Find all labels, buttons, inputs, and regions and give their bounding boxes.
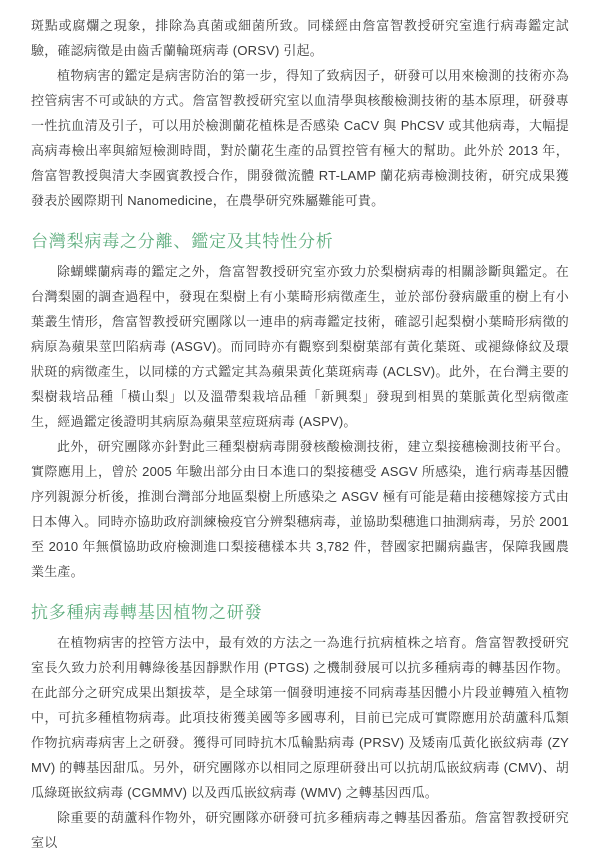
section-heading-pear-virus-analysis: 台灣梨病毒之分離、鑑定及其特性分析 <box>31 230 569 254</box>
document-page: 斑點或腐爛之現象，排除為真菌或細菌所致。同樣經由詹富智教授研究室進行病毒鑑定試驗… <box>0 0 600 848</box>
paragraph-transgenic-tomato-truncated: 除重要的葫蘆科作物外，研究團隊亦研發可抗多種病毒之轉基因番茄。詹富智教授研究室以 <box>31 805 569 848</box>
paragraph-virus-detection-technology: 植物病害的鑑定是病害防治的第一步，得知了致病因子，研發可以用來檢測的技術亦為控管… <box>31 63 569 213</box>
paragraph-orchid-virus-continuation: 斑點或腐爛之現象，排除為真菌或細菌所致。同樣經由詹富智教授研究室進行病毒鑑定試驗… <box>31 13 569 63</box>
paragraph-pear-virus-identification: 除蝴蝶蘭病毒的鑑定之外，詹富智教授研究室亦致力於梨樹病毒的相關診斷與鑑定。在台灣… <box>31 259 569 434</box>
paragraph-pear-scion-testing-platform: 此外，研究團隊亦針對此三種梨樹病毒開發核酸檢測技術，建立梨接穗檢測技術平台。實際… <box>31 434 569 584</box>
section-heading-transgenic-plants: 抗多種病毒轉基因植物之研發 <box>31 601 569 625</box>
paragraph-transgenic-cucurbit-research: 在植物病害的控管方法中，最有效的方法之一為進行抗病植株之培育。詹富智教授研究室長… <box>31 630 569 805</box>
